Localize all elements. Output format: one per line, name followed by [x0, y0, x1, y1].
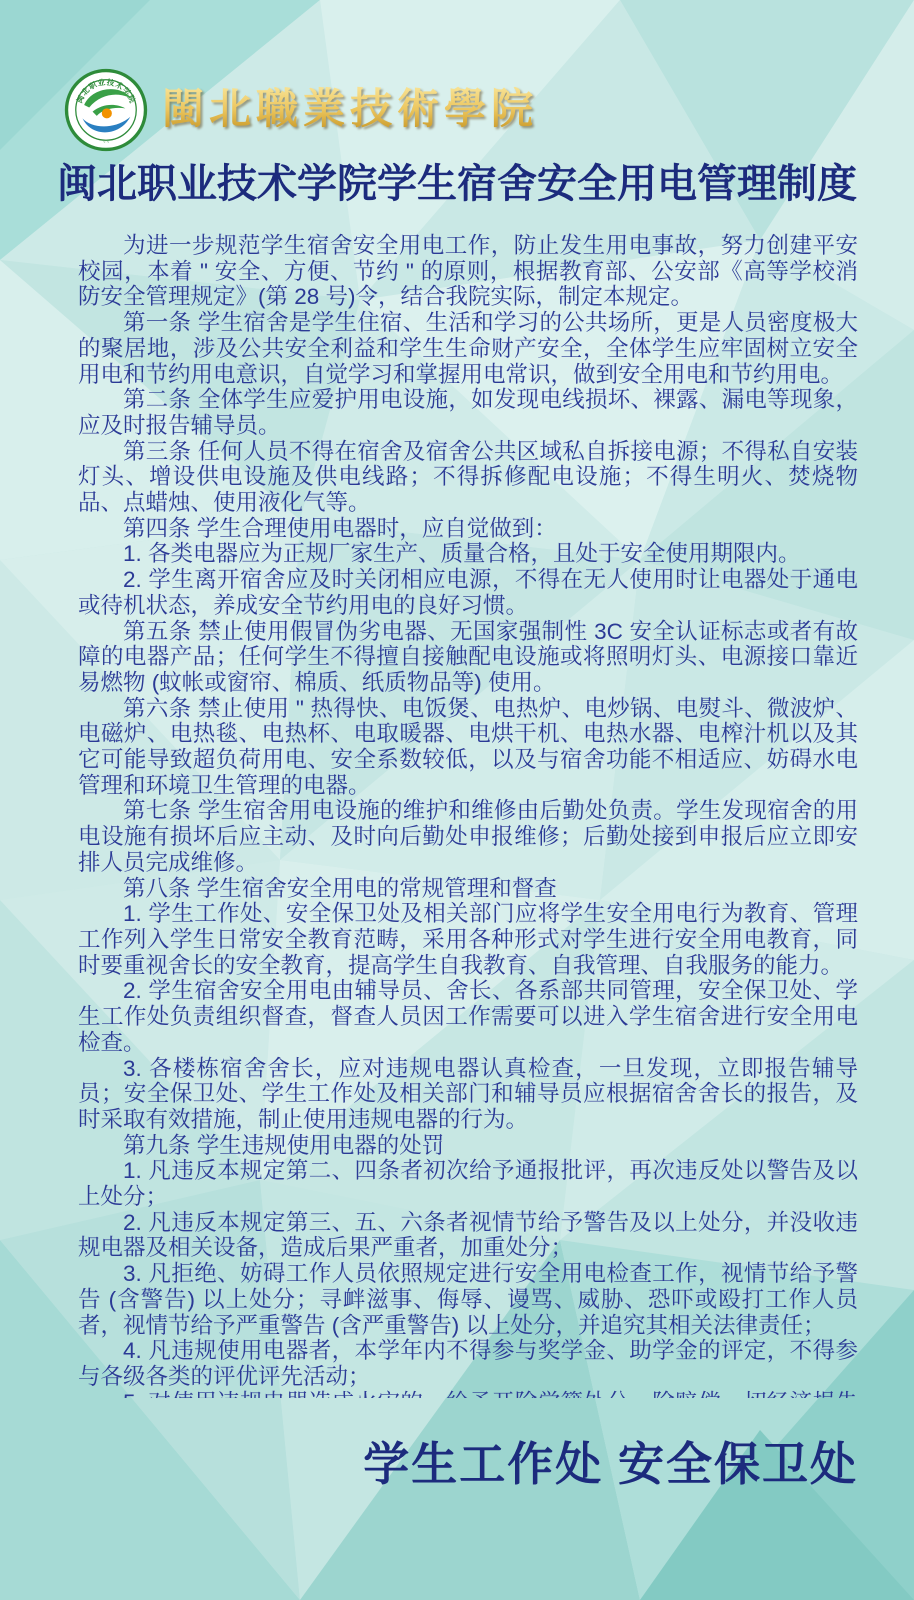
regulation-paragraph: 为进一步规范学生宿舍安全用电工作，防止发生用电事故，努力创建平安校园，本着 " … [78, 233, 858, 310]
issuing-departments-signature: 学生工作处 安全保卫处 [363, 1428, 858, 1494]
regulation-paragraph: 第九条 学生违规使用电器的处罚 [78, 1133, 858, 1159]
regulation-paragraph: 4. 凡违规使用电器者，本学年内不得参与奖学金、助学金的评定，不得参与各级各类的… [78, 1338, 858, 1389]
regulation-paragraph: 3. 各楼栋宿舍舍长，应对违规电器认真检查，一旦发现，立即报告辅导员；安全保卫处… [78, 1056, 858, 1133]
regulation-paragraph: 1. 各类电器应为正规厂家生产、质量合格，且处于安全使用期限内。 [78, 541, 858, 567]
regulation-paragraph: 5. 对使用违规电器造成火灾的，给予开除学籍处分，除赔偿一切经济损失外，还将追究… [78, 1390, 858, 1398]
page-title: 闽北职业技术学院学生宿舍安全用电管理制度 [0, 152, 914, 209]
regulation-paragraph: 第六条 禁止使用 " 热得快、电饭煲、电热炉、电炒锅、电熨斗、微波炉、电磁炉、电… [78, 696, 858, 799]
regulation-paragraph: 3. 凡拒绝、妨碍工作人员依照规定进行安全用电检查工作，视情节给予警告 (含警告… [78, 1261, 858, 1338]
regulation-paragraph: 1. 学生工作处、安全保卫处及相关部门应将学生安全用电行为教育、管理工作列入学生… [78, 901, 858, 978]
regulation-body: 为进一步规范学生宿舍安全用电工作，防止发生用电事故，努力创建平安校园，本着 " … [78, 233, 858, 1398]
regulation-paragraph: 1. 凡违反本规定第二、四条者初次给予通报批评，再次违反处以警告及以上处分； [78, 1158, 858, 1209]
emblem-bottom-mark: ~ ~ [103, 140, 110, 145]
regulation-paragraph: 第八条 学生宿舍安全用电的常规管理和督查 [78, 876, 858, 902]
regulation-paragraph: 2. 学生宿舍安全用电由辅导员、舍长、各系部共同管理，安全保卫处、学生工作处负责… [78, 978, 858, 1055]
regulation-paragraph: 2. 凡违反本规定第三、五、六条者视情节给予警告及以上处分，并没收违规电器及相关… [78, 1210, 858, 1261]
poster-page: 闽北职业技术学院 ~ ~ 閩北職業技術學院 闽北职业技术学院学生宿舍安全用电管理… [0, 0, 914, 1600]
emblem-sun-dot [102, 108, 112, 118]
regulation-paragraph: 2. 学生离开宿舍应及时关闭相应电源，不得在无人使用时让电器处于通电或待机状态，… [78, 567, 858, 618]
regulation-paragraph: 第五条 禁止使用假冒伪劣电器、无国家强制性 3C 安全认证标志或者有故障的电器产… [78, 619, 858, 696]
regulation-paragraph: 第七条 学生宿舍用电设施的维护和维修由后勤处负责。学生发现宿舍的用电设施有损坏后… [78, 798, 858, 875]
regulation-paragraph: 第四条 学生合理使用电器时，应自觉做到： [78, 516, 858, 542]
college-name-calligraphy: 閩北職業技術學院 [162, 76, 722, 150]
regulation-paragraph: 第二条 全体学生应爱护用电设施，如发现电线损坏、裸露、漏电等现象，应及时报告辅导… [78, 387, 858, 438]
regulation-paragraph: 第一条 学生宿舍是学生住宿、生活和学习的公共场所，更是人员密度极大的聚居地，涉及… [78, 310, 858, 387]
college-emblem-logo: 闽北职业技术学院 ~ ~ [64, 68, 148, 152]
regulation-paragraph: 第三条 任何人员不得在宿舍及宿舍公共区域私自拆接电源；不得私自安装灯头、增设供电… [78, 439, 858, 516]
